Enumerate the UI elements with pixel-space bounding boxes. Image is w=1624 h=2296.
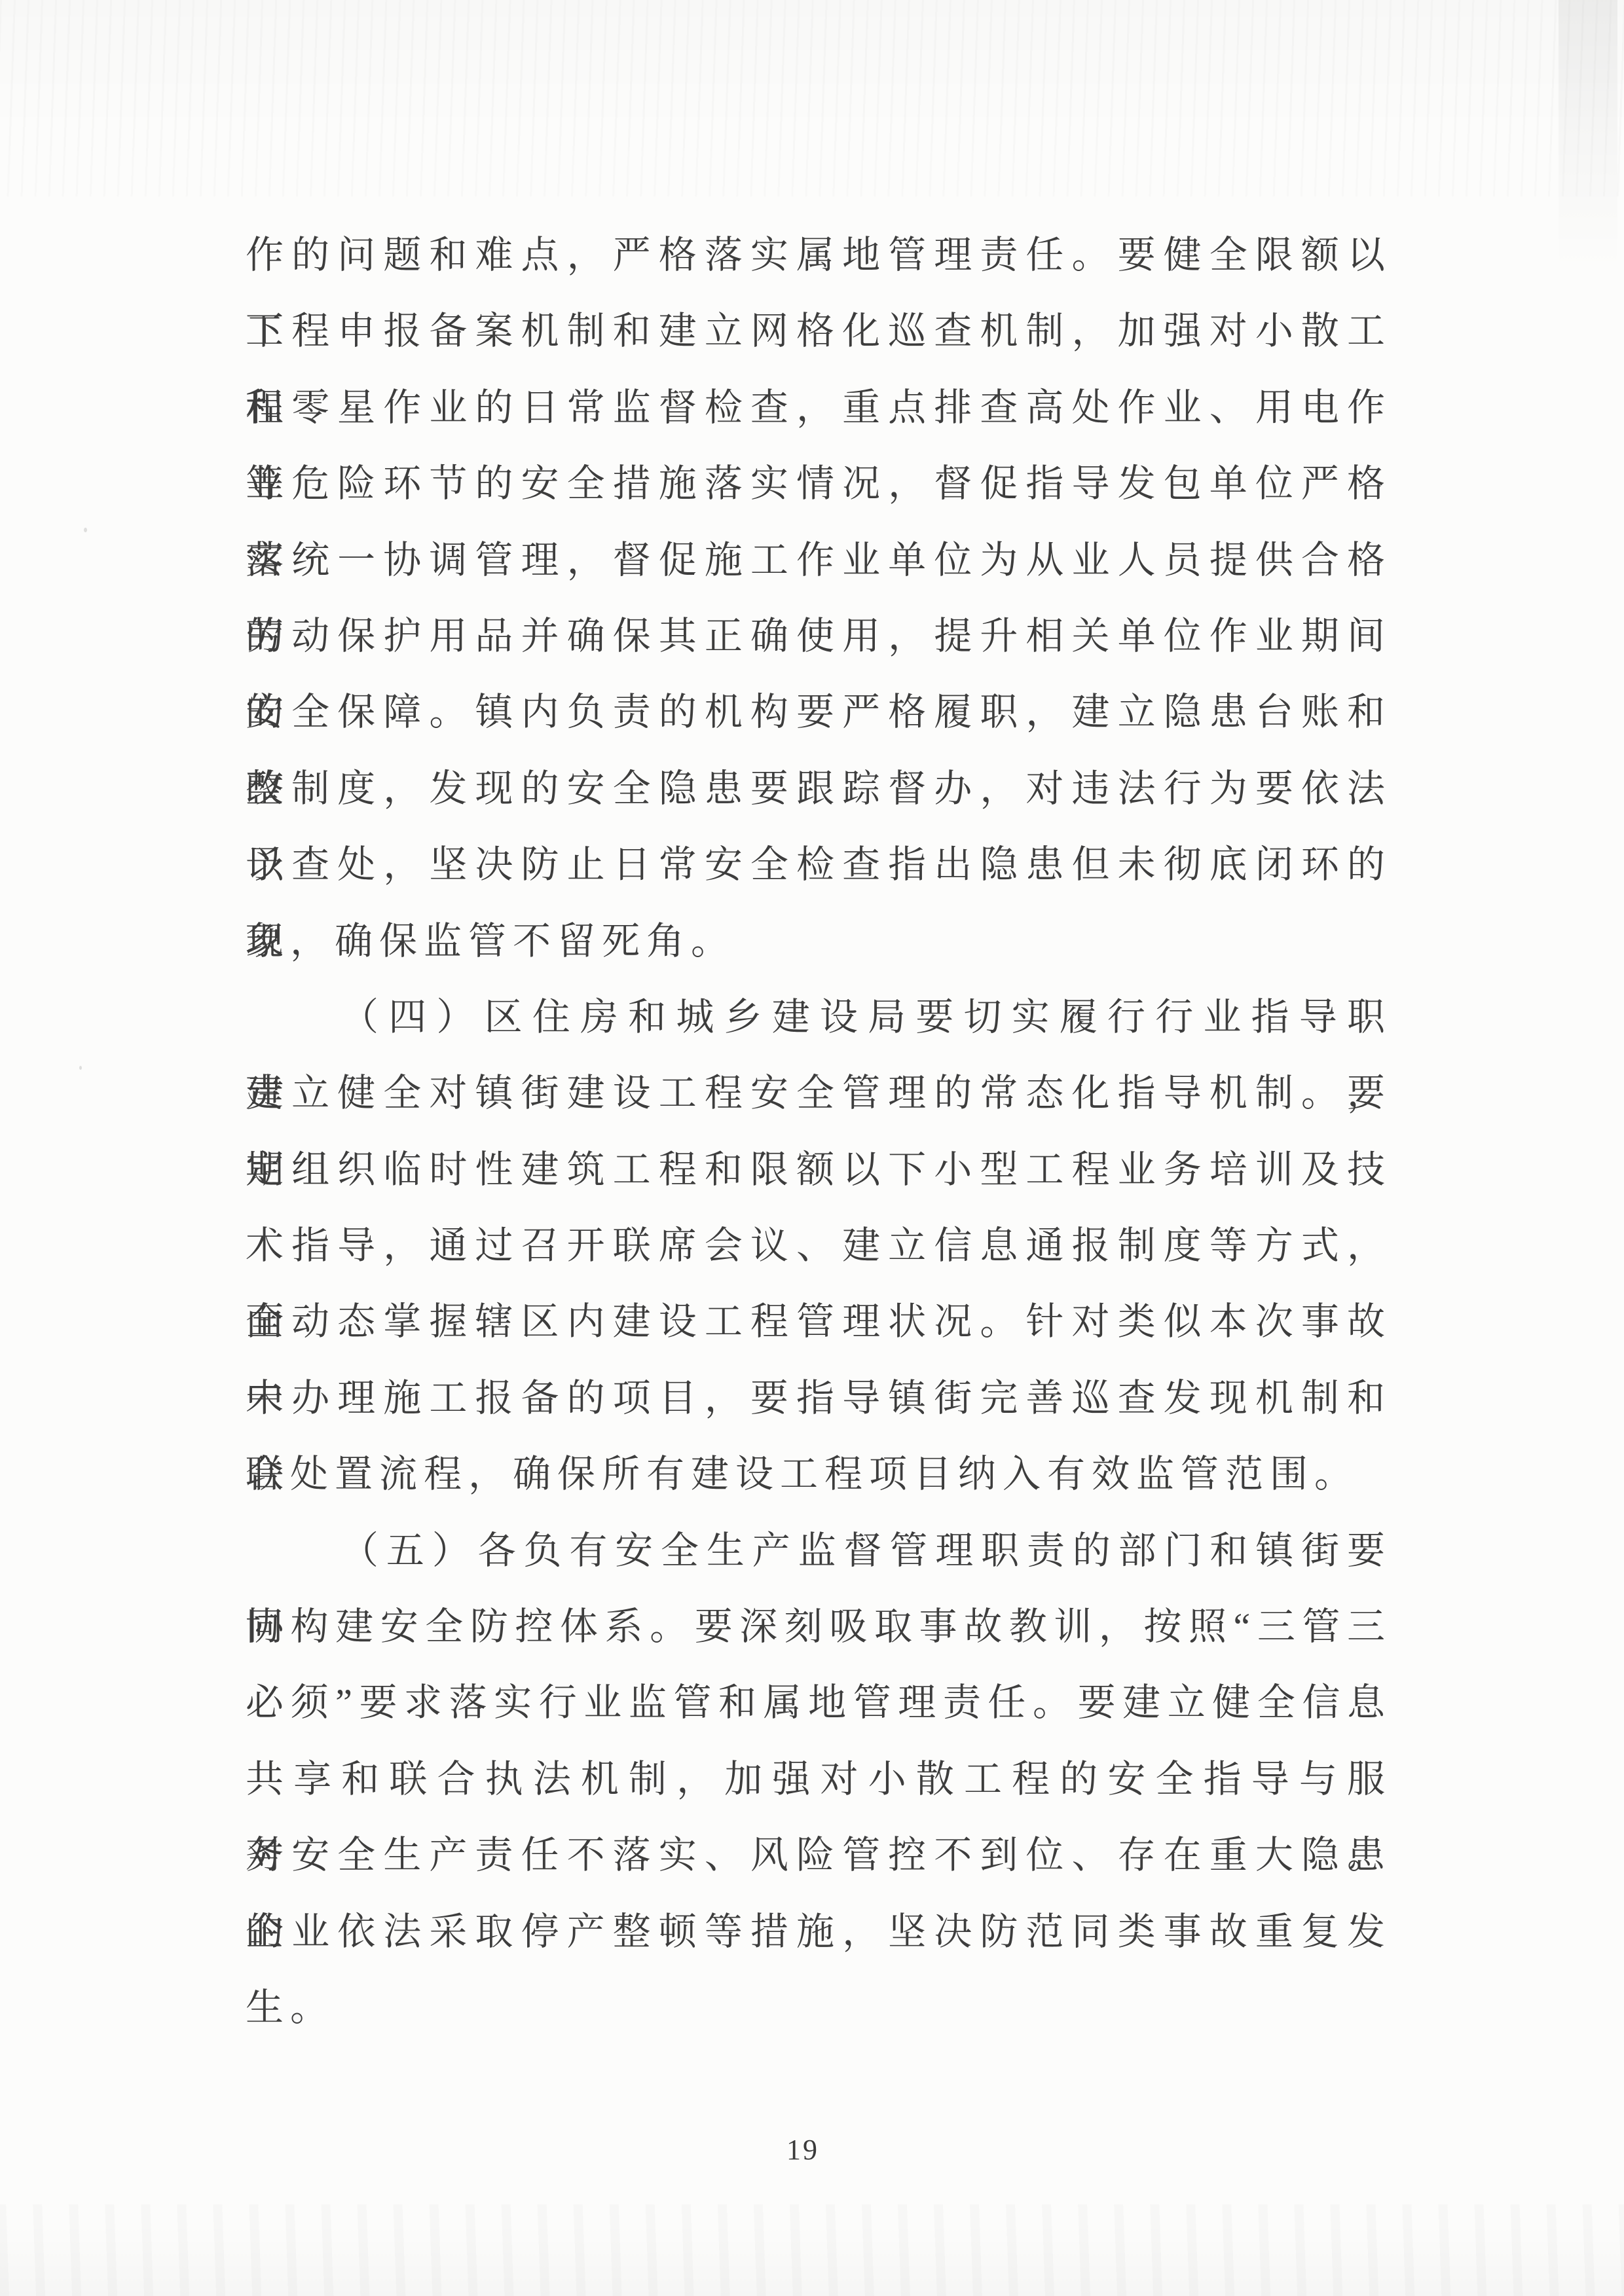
document-line: 改制度，发现的安全隐患要跟踪督办，对违法行为要依法予 <box>246 751 1392 827</box>
document-body: 作的问题和难点，严格落实属地管理责任。要健全限额以下工程申报备案机制和建立网格化… <box>246 217 1392 2046</box>
document-line: 和零星作业的日常监督检查，重点排查高处作业、用电作业 <box>246 370 1392 446</box>
document-line: 同构建安全防控体系。要深刻吸取事故教训，按照“三管三 <box>246 1589 1392 1665</box>
document-line: （四）区住房和城乡建设局要切实履行行业指导职责， <box>246 979 1392 1055</box>
document-line: 以查处，坚决防止日常安全检查指出隐患但未彻底闭环的现 <box>246 827 1392 903</box>
document-line: 工程申报备案机制和建立网格化巡查机制，加强对小散工程 <box>246 293 1392 369</box>
document-line: （五）各负有安全生产监督管理职责的部门和镇街要协 <box>246 1513 1392 1589</box>
document-page: 作的问题和难点，严格落实属地管理责任。要健全限额以下工程申报备案机制和建立网格化… <box>0 0 1624 2296</box>
document-line: 术指导，通过召开联席会议、建立信息通报制度等方式，全 <box>246 1208 1392 1284</box>
scan-noise-bottom <box>0 2204 1624 2296</box>
page-number: 19 <box>0 2133 1615 2166</box>
document-line: 企业依法采取停产整顿等措施，坚决防范同类事故重复发 <box>246 1894 1392 1970</box>
document-line: 劳动保护用品并确保其正确使用，提升相关单位作业期间的 <box>246 598 1392 674</box>
document-line: 必须”要求落实行业监管和属地管理责任。要建立健全信息 <box>246 1665 1392 1741</box>
document-line: 作的问题和难点，严格落实属地管理责任。要健全限额以下 <box>246 217 1392 293</box>
scan-speck <box>84 528 87 532</box>
document-line: 合处置流程，确保所有建设工程项目纳入有效监管范围。 <box>246 1436 1392 1512</box>
scan-speck <box>79 1066 82 1070</box>
document-line: 实统一协调管理，督促施工作业单位为从业人员提供合格的 <box>246 522 1392 598</box>
document-line: 未办理施工报备的项目，要指导镇街完善巡查发现机制和联 <box>246 1360 1392 1436</box>
scan-noise-right-edge <box>1559 0 1617 301</box>
document-line: 面动态掌握辖区内建设工程管理状况。针对类似本次事故中 <box>246 1284 1392 1360</box>
document-line: 期组织临时性建筑工程和限额以下小型工程业务培训及技 <box>246 1132 1392 1208</box>
document-line: 对安全生产责任不落实、风险管控不到位、存在重大隐患的 <box>246 1817 1392 1893</box>
document-line: 等危险环节的安全措施落实情况，督促指导发包单位严格落 <box>246 446 1392 522</box>
document-line: 共享和联合执法机制，加强对小散工程的安全指导与服务。 <box>246 1741 1392 1817</box>
document-line: 安全保障。镇内负责的机构要严格履职，建立隐患台账和整 <box>246 674 1392 750</box>
scan-noise-top <box>0 0 1624 196</box>
document-line: 象，确保监管不留死角。 <box>246 903 1392 979</box>
document-line: 生。 <box>246 1970 1392 2046</box>
document-line: 建立健全对镇街建设工程安全管理的常态化指导机制。要定 <box>246 1055 1392 1131</box>
